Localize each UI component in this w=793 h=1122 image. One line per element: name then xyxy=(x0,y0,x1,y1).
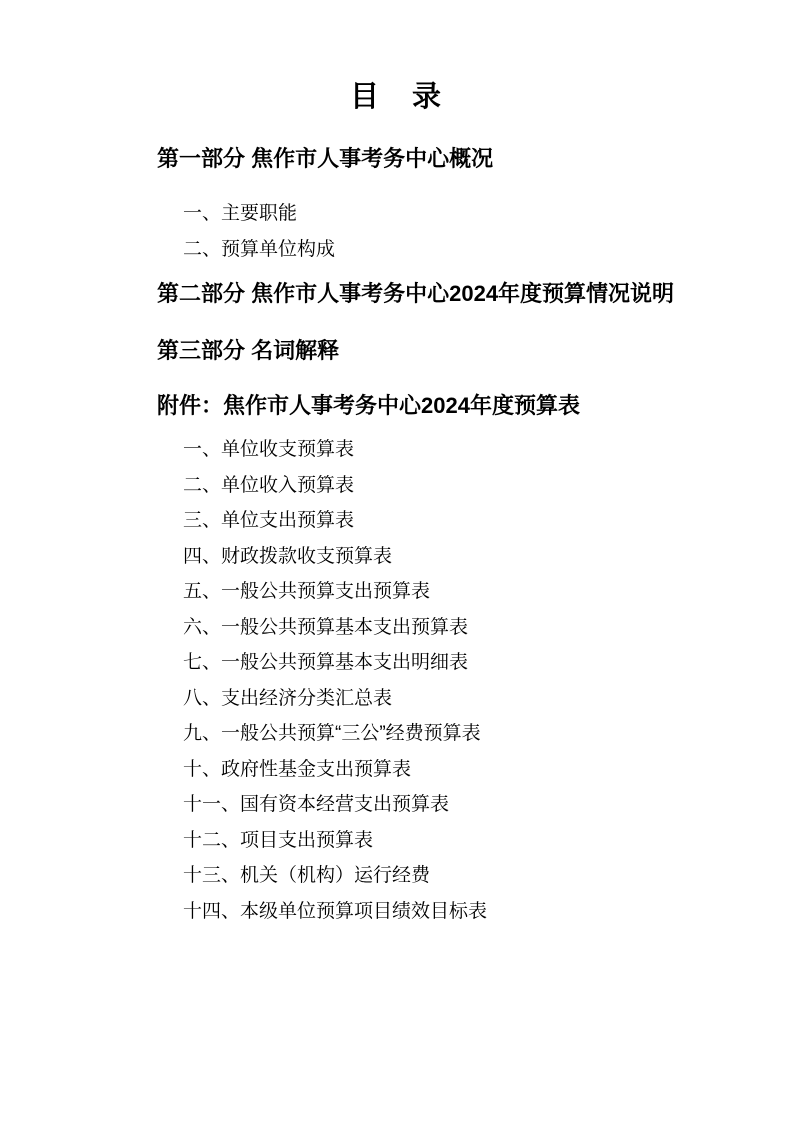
toc-item-part1-1: 一、主要职能 xyxy=(183,196,335,232)
toc-item-appendix-3: 三、单位支出预算表 xyxy=(183,503,487,539)
toc-item-part1-2: 二、预算单位构成 xyxy=(183,232,335,268)
toc-item-appendix-7: 七、一般公共预算基本支出明细表 xyxy=(183,645,487,681)
section-heading-part3: 第三部分 名词解释 xyxy=(157,337,339,365)
toc-item-appendix-11: 十一、国有资本经营支出预算表 xyxy=(183,787,487,823)
toc-item-appendix-6: 六、一般公共预算基本支出预算表 xyxy=(183,610,487,646)
doc-title: 目 录 xyxy=(0,80,793,114)
section-heading-appendix: 附件：焦作市人事考务中心2024年度预算表 xyxy=(157,392,580,420)
toc-item-appendix-10: 十、政府性基金支出预算表 xyxy=(183,752,487,788)
toc-item-appendix-4: 四、财政拨款收支预算表 xyxy=(183,539,487,575)
toc-item-appendix-8: 八、支出经济分类汇总表 xyxy=(183,681,487,717)
section-heading-part1: 第一部分 焦作市人事考务中心概况 xyxy=(157,145,493,173)
toc-item-appendix-2: 二、单位收入预算表 xyxy=(183,468,487,504)
toc-item-appendix-9: 九、一般公共预算“三公”经费预算表 xyxy=(183,716,487,752)
toc-item-appendix-5: 五、一般公共预算支出预算表 xyxy=(183,574,487,610)
section-heading-part2: 第二部分 焦作市人事考务中心2024年度预算情况说明 xyxy=(157,280,674,308)
part1-item-list: 一、主要职能 二、预算单位构成 xyxy=(183,196,335,267)
toc-item-appendix-1: 一、单位收支预算表 xyxy=(183,432,487,468)
toc-item-appendix-13: 十三、机关（机构）运行经费 xyxy=(183,858,487,894)
document-page: 目 录 第一部分 焦作市人事考务中心概况 一、主要职能 二、预算单位构成 第二部… xyxy=(0,0,793,1122)
appendix-item-list: 一、单位收支预算表 二、单位收入预算表 三、单位支出预算表 四、财政拨款收支预算… xyxy=(183,432,487,929)
toc-item-appendix-14: 十四、本级单位预算项目绩效目标表 xyxy=(183,894,487,930)
toc-item-appendix-12: 十二、项目支出预算表 xyxy=(183,823,487,859)
